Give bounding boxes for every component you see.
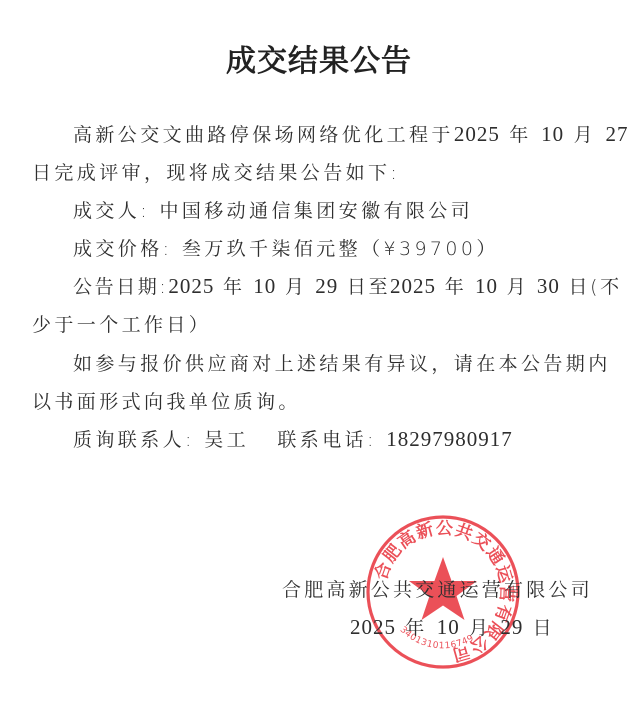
month-unit: 月 — [285, 276, 307, 298]
day-unit: 日 — [568, 276, 590, 298]
sig-month: 10 — [437, 615, 460, 639]
intro-month: 10 — [541, 122, 564, 146]
start-month: 10 — [253, 274, 276, 298]
end-year: 2025 — [390, 274, 436, 298]
year-unit: 年 — [405, 617, 427, 639]
end-day: 30 — [537, 274, 560, 298]
page-title: 成交结果公告 — [0, 36, 638, 80]
announcement-page: 成交结果公告 高新公交文曲路停保场网络优化工程于2025 年 10 月 27 日… — [0, 0, 638, 701]
month-unit: 月 — [574, 124, 596, 146]
price-label: 成交价格: — [73, 238, 172, 260]
winner-value: 中国移动通信集团安徽有限公司 — [159, 200, 473, 222]
intro-day: 27 — [605, 122, 628, 146]
contact-label: 质询联系人: — [73, 429, 195, 451]
end-month: 10 — [475, 274, 498, 298]
month-unit: 月 — [469, 617, 491, 639]
year-unit: 年 — [445, 276, 467, 298]
start-year: 2025 — [168, 274, 214, 298]
price-numeric: （¥39700） — [361, 238, 499, 260]
winner-line: 成交人: 中国移动通信集团安徽有限公司 — [73, 196, 473, 223]
intro-line-1: 高新公交文曲路停保场网络优化工程于2025 年 10 月 27 — [73, 120, 628, 147]
start-day: 29 — [315, 274, 338, 298]
notice-period-line: 公告日期:2025 年 10 月 29 日至2025 年 10 月 30 日(不 — [73, 272, 622, 299]
price-words: 叁万玖千柒佰元整 — [182, 238, 361, 260]
notice-period-label: 公告日期: — [73, 276, 168, 298]
signature-organization: 合肥高新公共交通运营有限公司 — [282, 575, 593, 602]
intro-year: 2025 — [454, 122, 500, 146]
year-unit: 年 — [509, 124, 531, 146]
intro-text: 高新公交文曲路停保场网络优化工程于 — [73, 124, 454, 146]
objection-line-1: 如参与报价供应商对上述结果有异议，请在本公告期内 — [73, 349, 611, 376]
phone-label: 联系电话: — [277, 429, 376, 451]
notice-period-line-2: 少于一个工作日） — [32, 310, 211, 337]
day-unit: 日 — [533, 617, 555, 639]
winner-label: 成交人: — [73, 200, 150, 222]
price-line: 成交价格: 叁万玖千柒佰元整（¥39700） — [73, 234, 499, 261]
year-unit: 年 — [223, 276, 245, 298]
note-open: (不 — [590, 276, 622, 298]
objection-line-2: 以书面形式向我单位质询。 — [32, 387, 301, 414]
intro-line-2: 日完成评审，现将成交结果公告如下: — [32, 158, 400, 185]
month-unit: 月 — [507, 276, 529, 298]
sig-day: 29 — [500, 615, 523, 639]
contact-name: 吴工 — [204, 429, 249, 451]
contact-line: 质询联系人: 吴工 联系电话: 18297980917 — [73, 425, 513, 452]
sig-year: 2025 — [350, 615, 396, 639]
signature-date: 2025 年 10 月 29 日 — [350, 613, 555, 640]
day-unit: 日 — [347, 276, 369, 298]
to-text: 至 — [368, 276, 390, 298]
phone-number: 18297980917 — [386, 427, 513, 451]
